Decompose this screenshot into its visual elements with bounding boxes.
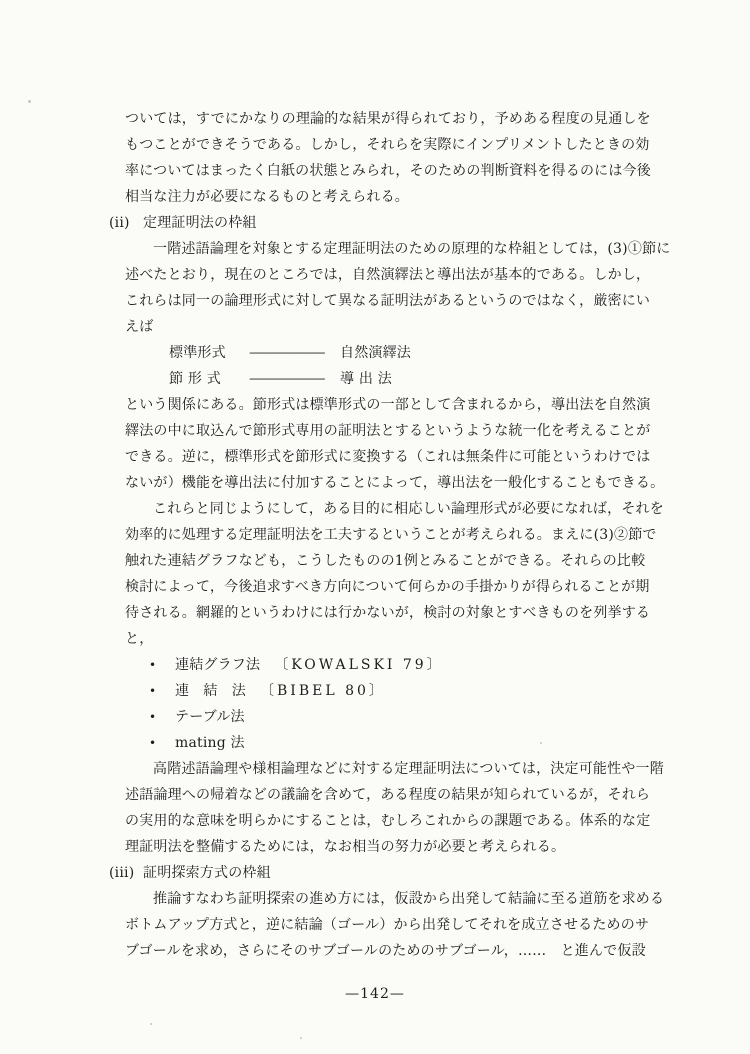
paragraph-line: 待される。網羅的というわけには行かないが，検討の対象とすべきものを列挙する [125, 600, 650, 626]
paragraph-line: えば [125, 314, 650, 340]
paragraph-line: ボトムアップ方式と，逆に結論（ゴール）から出発してそれを成立させるためのサ [125, 912, 650, 938]
paragraph-line: という関係にある。節形式は標準形式の一部として含まれるから，導出法を自然演 [125, 392, 650, 418]
paragraph-line: 率についてはまったく白紙の状態とみられ，そのための判断資料を得るのには今後 [125, 158, 650, 184]
list-item: •連 結 法〔BIBEL 80〕 [149, 678, 650, 704]
paragraph-line: これらと同じようにして，ある目的に相応しい論理形式が必要になれば，それを [125, 496, 650, 522]
paragraph-line: 検討によって，今後追求すべき方向について何らかの手掛かりが得られることが期 [125, 574, 650, 600]
paragraph-line: できる。逆に，標準形式を節形式に変換する（これは無条件に可能というわけでは [125, 444, 650, 470]
citation: 〔KOWALSKI 79〕 [274, 657, 444, 673]
bullet-icon: • [149, 704, 175, 730]
section-title: 証明探索方式の枠組 [143, 865, 271, 881]
list-item: •mating 法 [149, 730, 650, 756]
paragraph-line: 相当な注力が必要になるものと考えられる。 [125, 184, 650, 210]
section-marker: (iii) [109, 860, 135, 886]
paragraph-line: ついては，すでにかなりの理論的な結果が得られており，予めある程度の見通しを [125, 106, 650, 132]
relation-left: 標準形式 [169, 340, 233, 366]
paragraph-line: 高階述語論理や様相論理などに対する定理証明法については，決定可能性や一階 [125, 756, 650, 782]
section-heading-ii: (ii)定理証明法の枠組 [109, 210, 650, 236]
relation-row: 標準形式——————自然演繹法 [169, 340, 650, 366]
section-marker: (ii) [109, 210, 135, 236]
scan-speck [28, 100, 31, 103]
section-heading-iii: (iii)証明探索方式の枠組 [109, 860, 650, 886]
paragraph-line: ないが）機能を導出法に付加することによって，導出法を一般化することもできる。 [125, 470, 650, 496]
list-item-label: 連 結 法 [175, 683, 246, 699]
paragraph-line: もつことができそうである。しかし，それらを実際にインプリメントしたときの効 [125, 132, 650, 158]
paragraph-line: 一階述語論理を対象とする定理証明法のための原理的な枠組としては，(3)①節に [125, 236, 650, 262]
scanned-document-page: ついては，すでにかなりの理論的な結果が得られており，予めある程度の見通しを もつ… [0, 0, 750, 1054]
paragraph-line: の実用的な意味を明らかにすることは，むしろこれからの課題である。体系的な定 [125, 808, 650, 834]
scan-speck [300, 1037, 302, 1039]
relation-row: 節 形 式——————導 出 法 [169, 366, 650, 392]
section-title: 定理証明法の枠組 [143, 215, 257, 231]
page-number: —142— [0, 986, 750, 1002]
list-item: •連結グラフ法〔KOWALSKI 79〕 [149, 652, 650, 678]
paragraph-line: これらは同一の論理形式に対して異なる証明法があるというのではなく，厳密にい [125, 288, 650, 314]
paragraph-line: 推論すなわち証明探索の進め方には，仮設から出発して結論に至る道筋を求める [125, 886, 650, 912]
scan-speck [540, 742, 542, 744]
list-item-label: 連結グラフ法 [175, 657, 260, 673]
relation-right: 導 出 法 [340, 371, 392, 387]
paragraph-line: 効率的に処理する定理証明法を工夫するということが考えられる。まえに(3)②節で [125, 522, 650, 548]
relation-connector-line: —————— [249, 371, 324, 387]
paragraph-line: ブゴールを求め，さらにそのサブゴールのためのサブゴール，…… と進んで仮設 [125, 938, 650, 964]
paragraph-line: 述べたとおり，現在のところでは，自然演繹法と導出法が基本的である。しかし， [125, 262, 650, 288]
relation-left: 節 形 式 [169, 366, 233, 392]
paragraph-line: 繹法の中に取込んで節形式専用の証明法とするというような統一化を考えることが [125, 418, 650, 444]
paragraph-line: 述語論理への帰着などの議論を含めて，ある程度の結果が知られているが，それら [125, 782, 650, 808]
citation: 〔BIBEL 80〕 [260, 683, 386, 699]
scan-speck [150, 1023, 152, 1025]
bullet-icon: • [149, 678, 175, 704]
bullet-icon: • [149, 652, 175, 678]
relation-right: 自然演繹法 [340, 345, 411, 361]
bullet-icon: • [149, 730, 175, 756]
list-item-label: テーブル法 [175, 709, 245, 725]
paragraph-line: と， [125, 626, 650, 652]
list-item-label: mating 法 [175, 735, 245, 751]
relation-connector-line: —————— [249, 345, 324, 361]
paragraph-line: 触れた連結グラフなども，こうしたものの1例とみることができる。それらの比較 [125, 548, 650, 574]
paragraph-line: 理証明法を整備するためには，なお相当の努力が必要と考えられる。 [125, 834, 650, 860]
list-item: •テーブル法 [149, 704, 650, 730]
